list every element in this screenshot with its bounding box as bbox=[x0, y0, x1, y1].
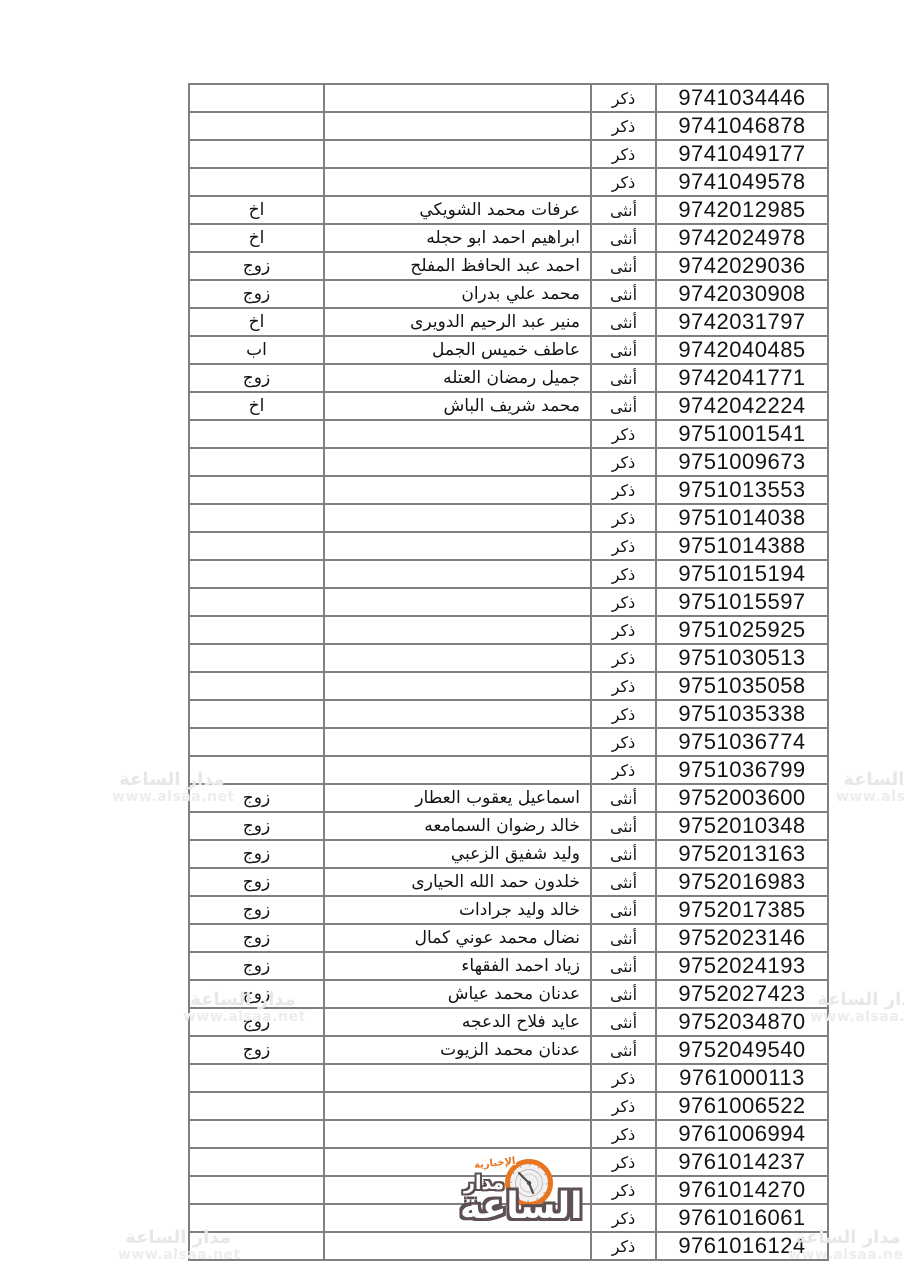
relation-cell: اخ bbox=[189, 392, 324, 420]
relation-cell bbox=[189, 1064, 324, 1092]
table-row: ذكر9751014388 bbox=[189, 532, 828, 560]
table-row: زوجنضال محمد عوني كمالأنثى9752023146 bbox=[189, 924, 828, 952]
relation-cell bbox=[189, 1120, 324, 1148]
name-cell bbox=[324, 1232, 591, 1260]
relation-cell: زوج bbox=[189, 980, 324, 1008]
gender-cell: أنثى bbox=[591, 336, 656, 364]
table-row: زوجوليد شفيق الزعبيأنثى9752013163 bbox=[189, 840, 828, 868]
gender-cell: ذكر bbox=[591, 84, 656, 112]
table-row: ذكر9761014237 bbox=[189, 1148, 828, 1176]
relation-cell: اخ bbox=[189, 308, 324, 336]
gender-cell: ذكر bbox=[591, 1232, 656, 1260]
gender-cell: ذكر bbox=[591, 588, 656, 616]
national_id-cell: 9761014270 bbox=[656, 1176, 828, 1204]
gender-cell: ذكر bbox=[591, 1176, 656, 1204]
relation-cell bbox=[189, 476, 324, 504]
national_id-cell: 9752049540 bbox=[656, 1036, 828, 1064]
table-row: زوجعدنان محمد الزيوتأنثى9752049540 bbox=[189, 1036, 828, 1064]
relation-cell: زوج bbox=[189, 840, 324, 868]
national_id-cell: 9751015194 bbox=[656, 560, 828, 588]
gender-cell: ذكر bbox=[591, 168, 656, 196]
table-row: ذكر9751015597 bbox=[189, 588, 828, 616]
table-row: ذكر9741049177 bbox=[189, 140, 828, 168]
gender-cell: ذكر bbox=[591, 1064, 656, 1092]
table-row: ذكر9751035058 bbox=[189, 672, 828, 700]
gender-cell: أنثى bbox=[591, 868, 656, 896]
table-row: اخمنير عبد الرحيم الدويرىأنثى9742031797 bbox=[189, 308, 828, 336]
gender-cell: أنثى bbox=[591, 1008, 656, 1036]
gender-cell: ذكر bbox=[591, 560, 656, 588]
relation-cell bbox=[189, 1204, 324, 1232]
name-cell bbox=[324, 1064, 591, 1092]
relation-cell: زوج bbox=[189, 1036, 324, 1064]
relation-cell: زوج bbox=[189, 924, 324, 952]
relation-cell: زوج bbox=[189, 1008, 324, 1036]
table-row: اخمحمد شريف الباشأنثى9742042224 bbox=[189, 392, 828, 420]
national_id-cell: 9761014237 bbox=[656, 1148, 828, 1176]
records-table-body: ذكر9741034446ذكر9741046878ذكر9741049177ذ… bbox=[189, 84, 828, 1260]
gender-cell: أنثى bbox=[591, 1036, 656, 1064]
gender-cell: ذكر bbox=[591, 644, 656, 672]
gender-cell: أنثى bbox=[591, 196, 656, 224]
table-row: ذكر9751035338 bbox=[189, 700, 828, 728]
gender-cell: ذكر bbox=[591, 532, 656, 560]
table-row: ذكر9751001541 bbox=[189, 420, 828, 448]
gender-cell: أنثى bbox=[591, 308, 656, 336]
gender-cell: أنثى bbox=[591, 896, 656, 924]
national_id-cell: 9742024978 bbox=[656, 224, 828, 252]
watermark-site-url: www.alsaa.net bbox=[836, 790, 904, 805]
name-cell: عدنان محمد الزيوت bbox=[324, 1036, 591, 1064]
name-cell bbox=[324, 448, 591, 476]
gender-cell: ذكر bbox=[591, 756, 656, 784]
name-cell: اسماعيل يعقوب العطار bbox=[324, 784, 591, 812]
name-cell: عايد فلاح الدعجه bbox=[324, 1008, 591, 1036]
gender-cell: أنثى bbox=[591, 980, 656, 1008]
relation-cell bbox=[189, 1232, 324, 1260]
name-cell bbox=[324, 504, 591, 532]
table-row: ذكر9751025925 bbox=[189, 616, 828, 644]
relation-cell bbox=[189, 644, 324, 672]
name-cell: محمد علي بدران bbox=[324, 280, 591, 308]
name-cell bbox=[324, 168, 591, 196]
national_id-cell: 9742012985 bbox=[656, 196, 828, 224]
name-cell: ابراهيم احمد ابو حجله bbox=[324, 224, 591, 252]
table-row: زوجخالد رضوان السمامعهأنثى9752010348 bbox=[189, 812, 828, 840]
table-row: ذكر9761006522 bbox=[189, 1092, 828, 1120]
records-table: ذكر9741034446ذكر9741046878ذكر9741049177ذ… bbox=[188, 83, 829, 1261]
relation-cell: زوج bbox=[189, 364, 324, 392]
gender-cell: ذكر bbox=[591, 616, 656, 644]
name-cell bbox=[324, 1176, 591, 1204]
gender-cell: أنثى bbox=[591, 364, 656, 392]
name-cell: خالد وليد جرادات bbox=[324, 896, 591, 924]
table-row: ذكر9751014038 bbox=[189, 504, 828, 532]
gender-cell: ذكر bbox=[591, 1148, 656, 1176]
name-cell bbox=[324, 1120, 591, 1148]
name-cell: جميل رمضان العتله bbox=[324, 364, 591, 392]
relation-cell: زوج bbox=[189, 952, 324, 980]
gender-cell: أنثى bbox=[591, 784, 656, 812]
relation-cell bbox=[189, 504, 324, 532]
national_id-cell: 9761016124 bbox=[656, 1232, 828, 1260]
gender-cell: ذكر bbox=[591, 728, 656, 756]
national_id-cell: 9751009673 bbox=[656, 448, 828, 476]
national_id-cell: 9752017385 bbox=[656, 896, 828, 924]
national_id-cell: 9751036774 bbox=[656, 728, 828, 756]
table-row: ذكر9751030513 bbox=[189, 644, 828, 672]
name-cell bbox=[324, 728, 591, 756]
gender-cell: أنثى bbox=[591, 280, 656, 308]
table-row: ذكر9761014270 bbox=[189, 1176, 828, 1204]
national_id-cell: 9761006994 bbox=[656, 1120, 828, 1148]
name-cell bbox=[324, 616, 591, 644]
table-row: زوجخالد وليد جراداتأنثى9752017385 bbox=[189, 896, 828, 924]
relation-cell bbox=[189, 700, 324, 728]
table-row: زوجمحمد علي بدرانأنثى9742030908 bbox=[189, 280, 828, 308]
name-cell bbox=[324, 560, 591, 588]
national_id-cell: 9741034446 bbox=[656, 84, 828, 112]
relation-cell: زوج bbox=[189, 280, 324, 308]
relation-cell bbox=[189, 140, 324, 168]
relation-cell bbox=[189, 1176, 324, 1204]
table-row: ذكر9751015194 bbox=[189, 560, 828, 588]
relation-cell: اب bbox=[189, 336, 324, 364]
name-cell bbox=[324, 1204, 591, 1232]
name-cell: نضال محمد عوني كمال bbox=[324, 924, 591, 952]
relation-cell bbox=[189, 448, 324, 476]
national_id-cell: 9752010348 bbox=[656, 812, 828, 840]
gender-cell: ذكر bbox=[591, 504, 656, 532]
relation-cell bbox=[189, 616, 324, 644]
name-cell: محمد شريف الباش bbox=[324, 392, 591, 420]
table-row: ذكر9761006994 bbox=[189, 1120, 828, 1148]
name-cell bbox=[324, 112, 591, 140]
table-row: اخابراهيم احمد ابو حجلهأنثى9742024978 bbox=[189, 224, 828, 252]
name-cell: زياد احمد الفقهاء bbox=[324, 952, 591, 980]
gender-cell: أنثى bbox=[591, 812, 656, 840]
relation-cell bbox=[189, 84, 324, 112]
relation-cell: زوج bbox=[189, 812, 324, 840]
gender-cell: ذكر bbox=[591, 112, 656, 140]
name-cell bbox=[324, 532, 591, 560]
name-cell: خلدون حمد الله الحيارى bbox=[324, 868, 591, 896]
national_id-cell: 9751035058 bbox=[656, 672, 828, 700]
national_id-cell: 9751035338 bbox=[656, 700, 828, 728]
watermark-site-name: مدار الساعة bbox=[836, 770, 904, 790]
name-cell bbox=[324, 672, 591, 700]
gender-cell: ذكر bbox=[591, 420, 656, 448]
national_id-cell: 9751025925 bbox=[656, 616, 828, 644]
gender-cell: ذكر bbox=[591, 476, 656, 504]
national_id-cell: 9742029036 bbox=[656, 252, 828, 280]
gender-cell: ذكر bbox=[591, 700, 656, 728]
relation-cell bbox=[189, 1092, 324, 1120]
national_id-cell: 9741049578 bbox=[656, 168, 828, 196]
national_id-cell: 9742042224 bbox=[656, 392, 828, 420]
national_id-cell: 9751015597 bbox=[656, 588, 828, 616]
gender-cell: أنثى bbox=[591, 392, 656, 420]
table-row: زوجاحمد عبد الحافظ المفلحأنثى9742029036 bbox=[189, 252, 828, 280]
national_id-cell: 9751014038 bbox=[656, 504, 828, 532]
name-cell: عدنان محمد عياش bbox=[324, 980, 591, 1008]
relation-cell: زوج bbox=[189, 252, 324, 280]
name-cell: خالد رضوان السمامعه bbox=[324, 812, 591, 840]
national_id-cell: 9742031797 bbox=[656, 308, 828, 336]
relation-cell bbox=[189, 560, 324, 588]
gender-cell: أنثى bbox=[591, 224, 656, 252]
name-cell bbox=[324, 84, 591, 112]
table-row: اخعرفات محمد الشويكيأنثى9742012985 bbox=[189, 196, 828, 224]
relation-cell bbox=[189, 1148, 324, 1176]
table-row: ذكر9741049578 bbox=[189, 168, 828, 196]
national_id-cell: 9741049177 bbox=[656, 140, 828, 168]
national_id-cell: 9761000113 bbox=[656, 1064, 828, 1092]
name-cell bbox=[324, 700, 591, 728]
national_id-cell: 9742030908 bbox=[656, 280, 828, 308]
table-row: زوجخلدون حمد الله الحيارىأنثى9752016983 bbox=[189, 868, 828, 896]
table-row: ذكر9751036774 bbox=[189, 728, 828, 756]
name-cell bbox=[324, 756, 591, 784]
table-row: ذكر9741046878 bbox=[189, 112, 828, 140]
national_id-cell: 9751030513 bbox=[656, 644, 828, 672]
relation-cell: زوج bbox=[189, 784, 324, 812]
national_id-cell: 9751036799 bbox=[656, 756, 828, 784]
name-cell: احمد عبد الحافظ المفلح bbox=[324, 252, 591, 280]
national_id-cell: 9752027423 bbox=[656, 980, 828, 1008]
name-cell bbox=[324, 588, 591, 616]
name-cell bbox=[324, 140, 591, 168]
gender-cell: ذكر bbox=[591, 1092, 656, 1120]
name-cell bbox=[324, 644, 591, 672]
relation-cell bbox=[189, 588, 324, 616]
gender-cell: أنثى bbox=[591, 952, 656, 980]
national_id-cell: 9752013163 bbox=[656, 840, 828, 868]
relation-cell bbox=[189, 112, 324, 140]
name-cell: منير عبد الرحيم الدويرى bbox=[324, 308, 591, 336]
gender-cell: أنثى bbox=[591, 840, 656, 868]
relation-cell bbox=[189, 168, 324, 196]
national_id-cell: 9752016983 bbox=[656, 868, 828, 896]
table-row: ذكر9751036799 bbox=[189, 756, 828, 784]
national_id-cell: 9752003600 bbox=[656, 784, 828, 812]
relation-cell bbox=[189, 728, 324, 756]
national_id-cell: 9761006522 bbox=[656, 1092, 828, 1120]
name-cell bbox=[324, 420, 591, 448]
table-row: ذكر9741034446 bbox=[189, 84, 828, 112]
national_id-cell: 9751001541 bbox=[656, 420, 828, 448]
relation-cell: زوج bbox=[189, 896, 324, 924]
gender-cell: ذكر bbox=[591, 672, 656, 700]
relation-cell: زوج bbox=[189, 868, 324, 896]
relation-cell: اخ bbox=[189, 224, 324, 252]
name-cell: وليد شفيق الزعبي bbox=[324, 840, 591, 868]
national_id-cell: 9742040485 bbox=[656, 336, 828, 364]
national_id-cell: 9751014388 bbox=[656, 532, 828, 560]
table-row: زوججميل رمضان العتلهأنثى9742041771 bbox=[189, 364, 828, 392]
table-row: ذكر9761000113 bbox=[189, 1064, 828, 1092]
relation-cell: اخ bbox=[189, 196, 324, 224]
national_id-cell: 9742041771 bbox=[656, 364, 828, 392]
gender-cell: ذكر bbox=[591, 448, 656, 476]
table-row: ذكر9751013553 bbox=[189, 476, 828, 504]
name-cell bbox=[324, 476, 591, 504]
name-cell: عرفات محمد الشويكي bbox=[324, 196, 591, 224]
national_id-cell: 9751013553 bbox=[656, 476, 828, 504]
table-row: زوجاسماعيل يعقوب العطارأنثى9752003600 bbox=[189, 784, 828, 812]
national_id-cell: 9741046878 bbox=[656, 112, 828, 140]
table-row: زوجزياد احمد الفقهاءأنثى9752024193 bbox=[189, 952, 828, 980]
national_id-cell: 9752023146 bbox=[656, 924, 828, 952]
table-row: ذكر9761016124 bbox=[189, 1232, 828, 1260]
national_id-cell: 9761016061 bbox=[656, 1204, 828, 1232]
national_id-cell: 9752024193 bbox=[656, 952, 828, 980]
table-row: زوجعدنان محمد عياشأنثى9752027423 bbox=[189, 980, 828, 1008]
page: { "colors":{ "accent":"#e8751f", "table_… bbox=[0, 0, 904, 1280]
table-row: ذكر9761016061 bbox=[189, 1204, 828, 1232]
gender-cell: ذكر bbox=[591, 140, 656, 168]
name-cell bbox=[324, 1092, 591, 1120]
gender-cell: ذكر bbox=[591, 1204, 656, 1232]
gender-cell: أنثى bbox=[591, 924, 656, 952]
relation-cell bbox=[189, 532, 324, 560]
relation-cell bbox=[189, 756, 324, 784]
national_id-cell: 9752034870 bbox=[656, 1008, 828, 1036]
watermark: مدار الساعة www.alsaa.net bbox=[836, 770, 904, 805]
gender-cell: ذكر bbox=[591, 1120, 656, 1148]
name-cell bbox=[324, 1148, 591, 1176]
table-row: ذكر9751009673 bbox=[189, 448, 828, 476]
relation-cell bbox=[189, 420, 324, 448]
relation-cell bbox=[189, 672, 324, 700]
table-row: ابعاطف خميس الجملأنثى9742040485 bbox=[189, 336, 828, 364]
gender-cell: أنثى bbox=[591, 252, 656, 280]
table-row: زوجعايد فلاح الدعجهأنثى9752034870 bbox=[189, 1008, 828, 1036]
name-cell: عاطف خميس الجمل bbox=[324, 336, 591, 364]
